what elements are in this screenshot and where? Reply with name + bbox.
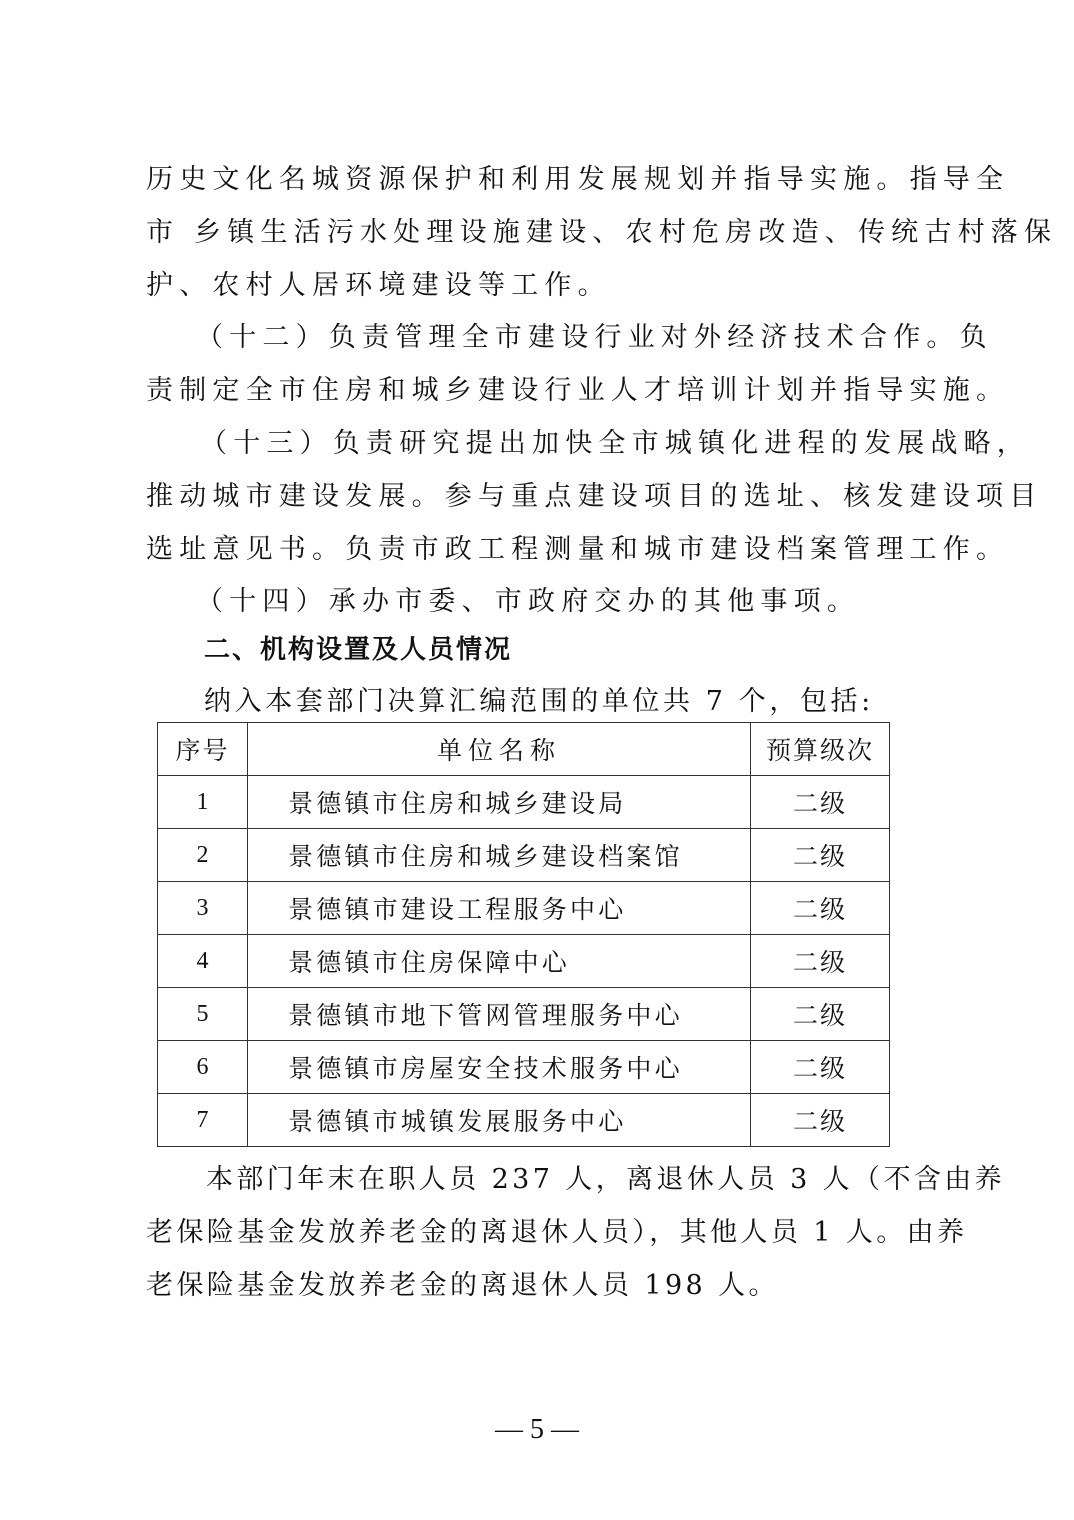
table-row: 2 景德镇市住房和城乡建设档案馆 二级 [158, 829, 890, 882]
paragraph-line: 老保险基金发放养老金的离退休人员），其他人员 1 人。由养 [146, 1213, 967, 1253]
paragraph-line: 本部门年末在职人员 237 人，离退休人员 3 人（不含由养 [206, 1160, 1005, 1200]
table-row: 3 景德镇市建设工程服务中心 二级 [158, 882, 890, 935]
cell-unit-name: 景德镇市地下管网管理服务中心 [248, 988, 751, 1041]
paragraph-line: （十四）承办市委、市政府交办的其他事项。 [196, 582, 860, 622]
cell-serial-no: 2 [158, 829, 248, 882]
paragraph-line: 推动城市建设发展。参与重点建设项目的选址、核发建设项目 [146, 477, 1042, 517]
paragraph-line: 老保险基金发放养老金的离退休人员 198 人。 [146, 1266, 779, 1306]
cell-unit-name: 景德镇市建设工程服务中心 [248, 882, 751, 935]
table-row: 6 景德镇市房屋安全技术服务中心 二级 [158, 1041, 890, 1094]
table-header-row: 序号 单位名称 预算级次 [158, 723, 890, 776]
cell-unit-name: 景德镇市城镇发展服务中心 [248, 1094, 751, 1147]
cell-serial-no: 1 [158, 776, 248, 829]
table-row: 7 景德镇市城镇发展服务中心 二级 [158, 1094, 890, 1147]
paragraph-line: （十三）负责研究提出加快全市城镇化进程的发展战略， [200, 424, 1030, 464]
paragraph-line: （十二）负责管理全市建设行业对外经济技术合作。负 [196, 318, 993, 358]
cell-budget-level: 二级 [751, 935, 890, 988]
header-budget-level: 预算级次 [751, 723, 890, 776]
cell-budget-level: 二级 [751, 829, 890, 882]
cell-unit-name: 景德镇市住房保障中心 [248, 935, 751, 988]
table-row: 4 景德镇市住房保障中心 二级 [158, 935, 890, 988]
cell-unit-name: 景德镇市房屋安全技术服务中心 [248, 1041, 751, 1094]
cell-serial-no: 3 [158, 882, 248, 935]
section-heading: 二、机构设置及人员情况 [204, 630, 512, 670]
units-table: 序号 单位名称 预算级次 1 景德镇市住房和城乡建设局 二级 2 景德镇市住房和… [157, 722, 890, 1147]
cell-budget-level: 二级 [751, 1094, 890, 1147]
cell-serial-no: 7 [158, 1094, 248, 1147]
cell-budget-level: 二级 [751, 988, 890, 1041]
document-page: 历史文化名城资源保护和利用发展规划并指导实施。指导全 市 乡镇生活污水处理设施建… [0, 0, 1074, 1520]
cell-unit-name: 景德镇市住房和城乡建设局 [248, 776, 751, 829]
header-serial-no: 序号 [158, 723, 248, 776]
page-number: — 5 — [0, 1410, 1074, 1450]
paragraph-line: 选址意见书。负责市政工程测量和城市建设档案管理工作。 [146, 530, 1009, 570]
intro-line: 纳入本套部门决算汇编范围的单位共 7 个，包括: [204, 682, 874, 722]
table-row: 5 景德镇市地下管网管理服务中心 二级 [158, 988, 890, 1041]
paragraph-line: 历史文化名城资源保护和利用发展规划并指导实施。指导全 [146, 160, 1009, 200]
cell-serial-no: 5 [158, 988, 248, 1041]
paragraph-line: 市 乡镇生活污水处理设施建设、农村危房改造、传统古村落保 [146, 213, 1057, 253]
cell-budget-level: 二级 [751, 1041, 890, 1094]
paragraph-line: 责制定全市住房和城乡建设行业人才培训计划并指导实施。 [146, 371, 1009, 411]
cell-serial-no: 6 [158, 1041, 248, 1094]
cell-unit-name: 景德镇市住房和城乡建设档案馆 [248, 829, 751, 882]
cell-budget-level: 二级 [751, 882, 890, 935]
table-row: 1 景德镇市住房和城乡建设局 二级 [158, 776, 890, 829]
cell-budget-level: 二级 [751, 776, 890, 829]
paragraph-line: 护、农村人居环境建设等工作。 [146, 266, 611, 306]
header-unit-name: 单位名称 [248, 723, 751, 776]
cell-serial-no: 4 [158, 935, 248, 988]
